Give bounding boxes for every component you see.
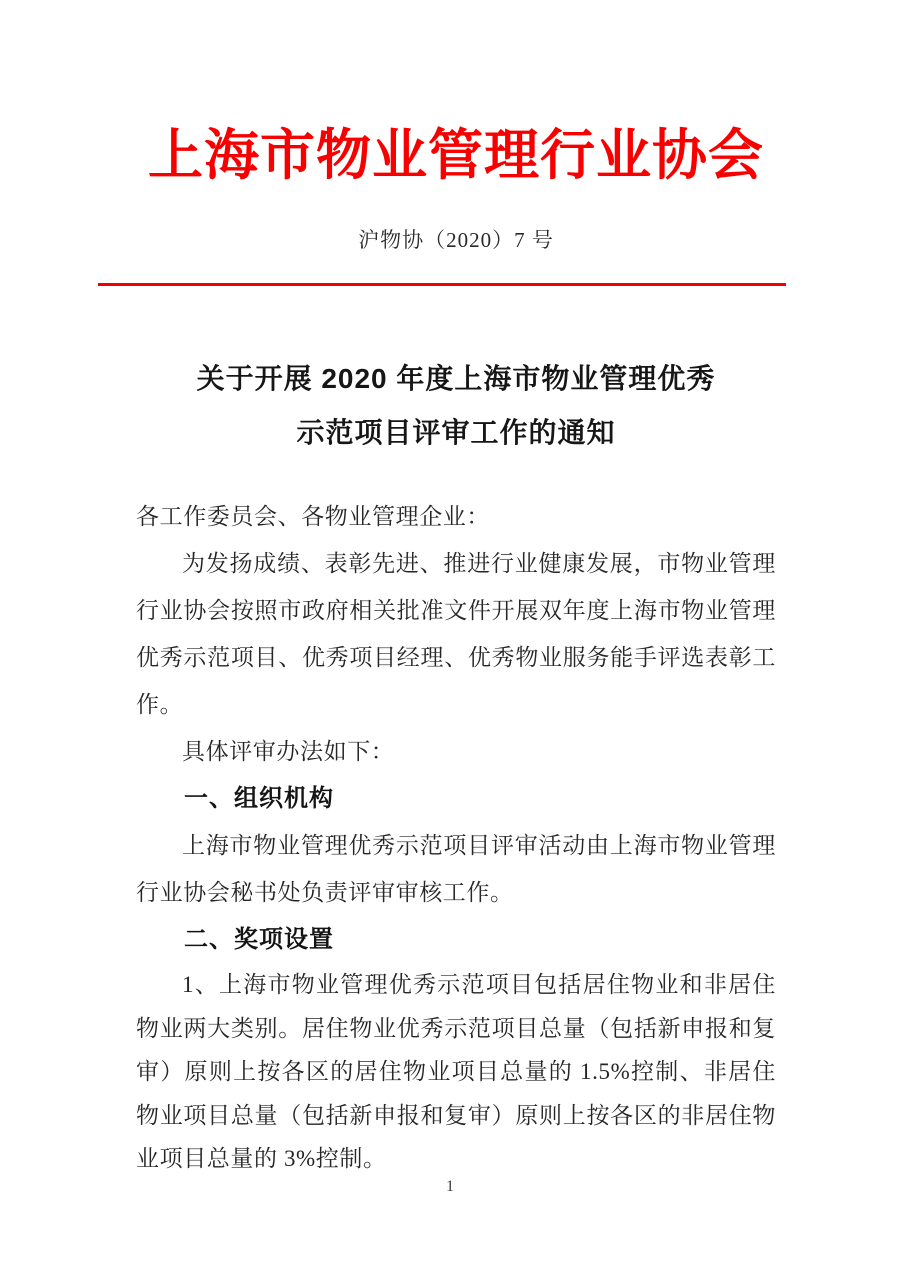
section-2-paragraph-1: 1、上海市物业管理优秀示范项目包括居住物业和非居住物业两大类别。居住物业优秀示范… [136,963,776,1181]
notice-title-line-1: 关于开展 2020 年度上海市物业管理优秀 [136,352,776,406]
document-number: 沪物协（2020）7 号 [136,225,776,255]
intro-paragraph: 为发扬成绩、表彰先进、推进行业健康发展，市物业管理行业协会按照市政府相关批准文件… [136,540,776,728]
notice-title-line-2: 示范项目评审工作的通知 [136,406,776,460]
lead-in-paragraph: 具体评审办法如下： [136,728,776,775]
letterhead-divider-rule [98,283,786,286]
page-number: 1 [0,1176,900,1198]
document-page: 上海市物业管理行业协会 沪物协（2020）7 号 关于开展 2020 年度上海市… [0,0,900,1273]
letterhead-org-title: 上海市物业管理行业协会 [136,118,776,193]
section-2-heading: 二、奖项设置 [136,916,776,963]
notice-title: 关于开展 2020 年度上海市物业管理优秀 示范项目评审工作的通知 [136,352,776,460]
section-1-heading: 一、组织机构 [136,775,776,822]
salutation-line: 各工作委员会、各物业管理企业： [136,493,776,540]
section-1-paragraph: 上海市物业管理优秀示范项目评审活动由上海市物业管理行业协会秘书处负责评审审核工作… [136,822,776,916]
document-body: 各工作委员会、各物业管理企业： 为发扬成绩、表彰先进、推进行业健康发展，市物业管… [136,493,776,1181]
